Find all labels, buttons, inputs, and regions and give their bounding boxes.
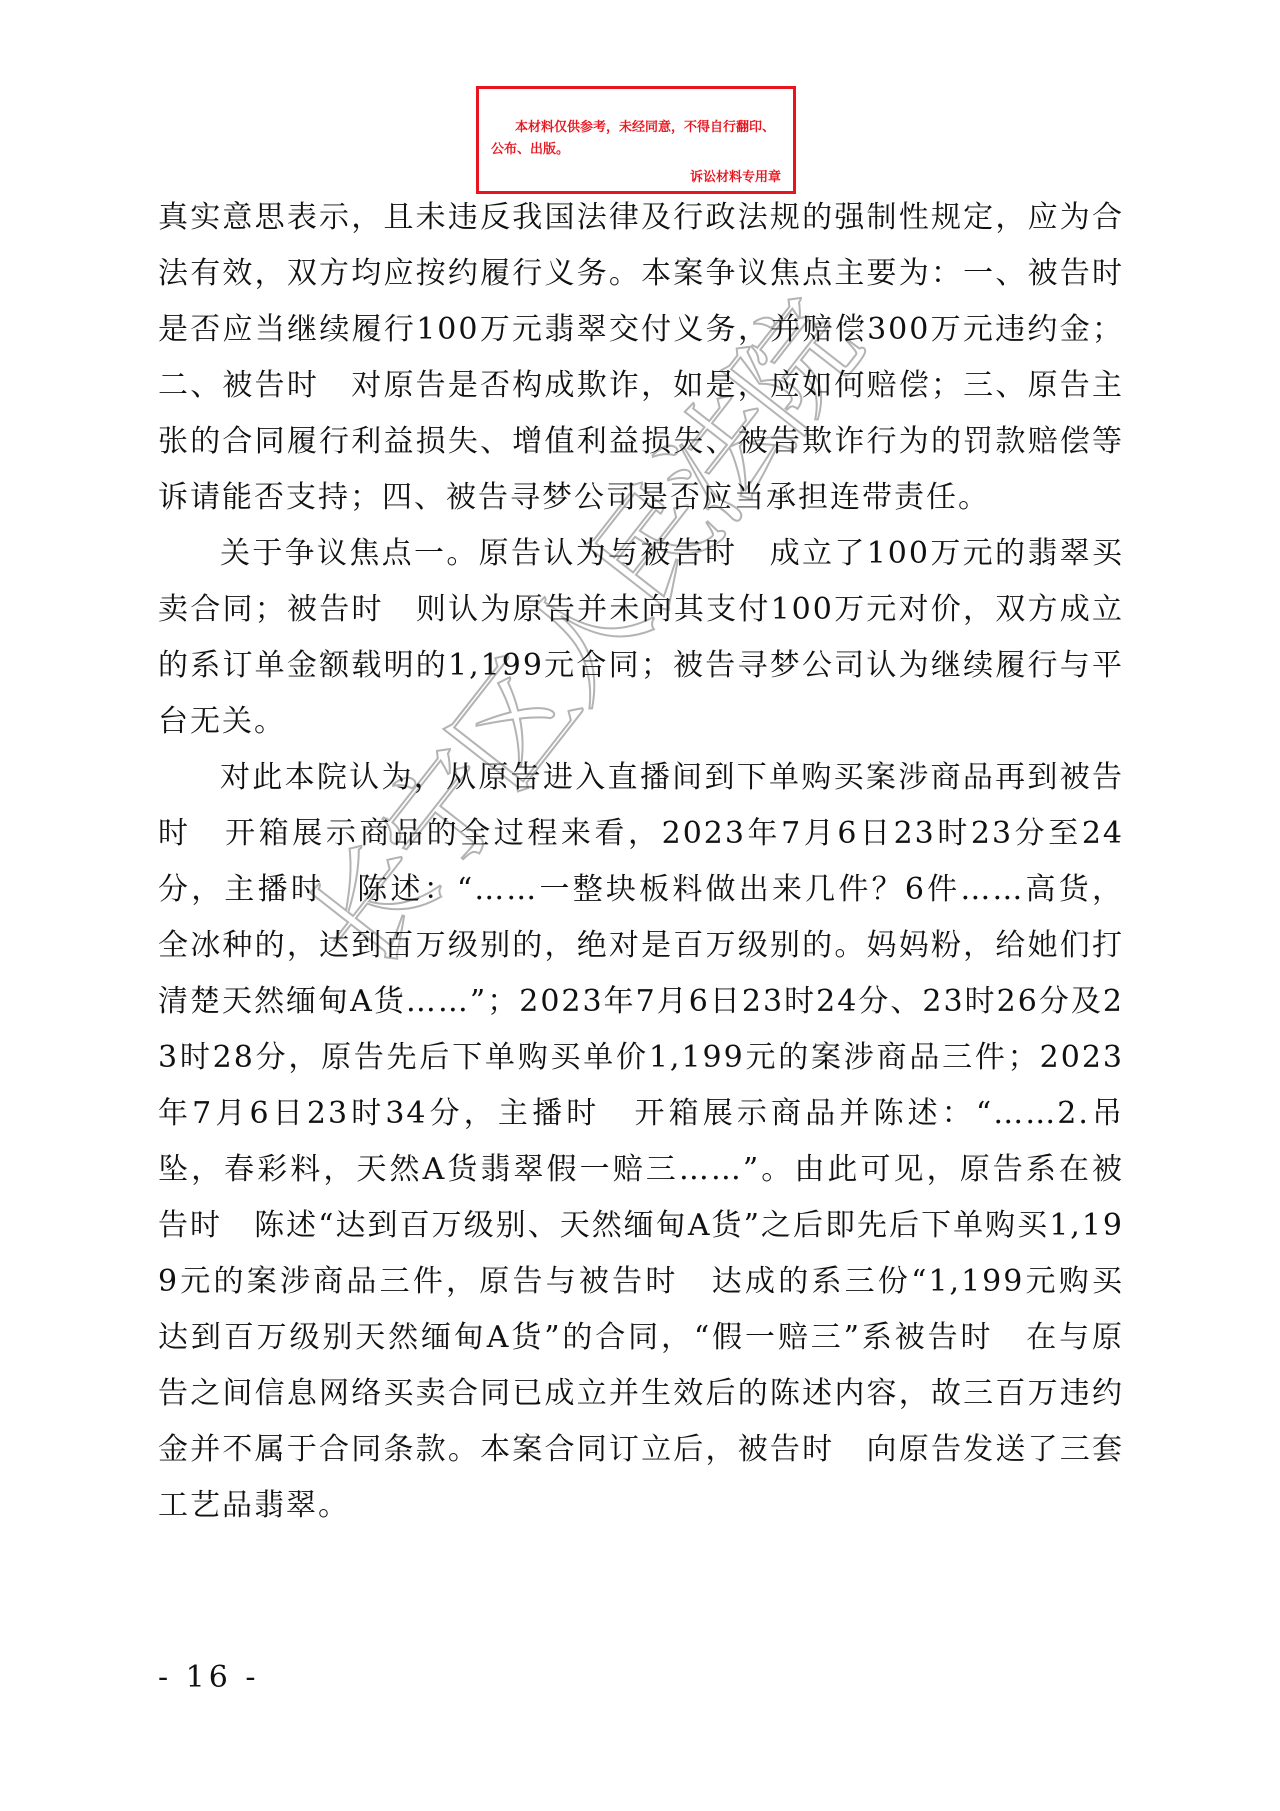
paragraph-court-opinion: 对此本院认为，从原告进入直播间到下单购买案涉商品再到被告时 开箱展示商品的全过程…	[158, 750, 1124, 1534]
paragraph-dispute-focus: 真实意思表示，且未违反我国法律及行政法规的强制性规定，应为合法有效，双方均应按约…	[158, 190, 1124, 526]
judgment-body: 真实意思表示，且未违反我国法律及行政法规的强制性规定，应为合法有效，双方均应按约…	[158, 190, 1124, 1534]
page-number: - 16 -	[158, 1660, 260, 1695]
stamp-seal-label: 诉讼材料专用章	[690, 167, 781, 189]
paragraph-focus-one: 关于争议焦点一。原告认为与被告时 成立了100万元的翡翠买卖合同；被告时 则认为…	[158, 526, 1124, 750]
litigation-material-stamp: 本材料仅供参考，未经同意，不得自行翻印、公布、出版。 诉讼材料专用章	[476, 86, 796, 194]
stamp-notice-text: 本材料仅供参考，未经同意，不得自行翻印、公布、出版。	[491, 117, 783, 161]
document-page: 本材料仅供参考，未经同意，不得自行翻印、公布、出版。 诉讼材料专用章 长宁区人民…	[0, 0, 1280, 1811]
